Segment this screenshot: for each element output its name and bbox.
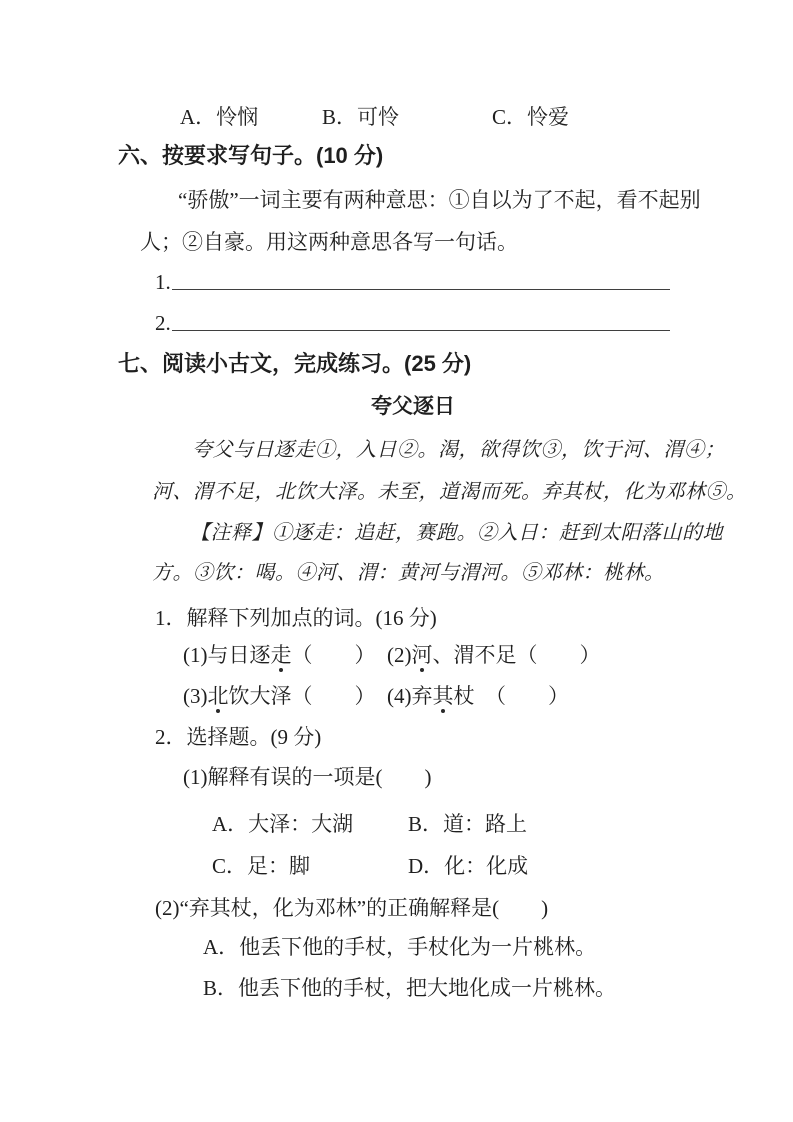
item-dotted-char: 河 <box>412 643 433 667</box>
answer-blank-1-line <box>172 273 670 290</box>
item-number: (3) <box>183 684 208 708</box>
q2-sub1-option-c: C．足：脚 <box>212 854 310 878</box>
item-dotted-char: 走 <box>271 643 292 667</box>
answer-blank-2-line <box>172 314 670 331</box>
item-text: 与日逐 <box>208 643 271 667</box>
answer-parentheses: （ ） <box>517 643 601 667</box>
q2-heading: 2．选择题。(9 分) <box>155 725 321 749</box>
option-c: C．怜爱 <box>492 105 569 129</box>
section6-prompt-line-2: 人；②自豪。用这两种意思各写一句话。 <box>140 230 518 254</box>
item-text: 饮大泽 <box>229 684 292 708</box>
option-b: B．可怜 <box>322 105 399 129</box>
q2-sub2-stem: (2)“弃其杖，化为邓林”的正确解释是( ) <box>155 896 548 920</box>
option-a: A．怜悯 <box>180 105 258 129</box>
q1-item-3: (3)北饮大泽（ ） <box>183 684 376 708</box>
answer-parentheses: （ ） <box>292 684 376 708</box>
q2-sub2-option-a: A．他丢下他的手杖，手杖化为一片桃林。 <box>203 935 596 959</box>
q1-item-2: (2)河、渭不足（ ） <box>387 643 601 667</box>
q2-sub1-stem: (1)解释有误的一项是( ) <box>183 765 431 789</box>
item-number: (4) <box>387 684 412 708</box>
q2-sub1-option-b: B．道：路上 <box>408 812 527 836</box>
section7-heading: 七、阅读小古文，完成练习。(25 分) <box>118 352 471 376</box>
item-number: (2) <box>387 643 412 667</box>
notes-line-1: 【注释】①逐走：追赶，赛跑。②入日：赶到太阳落山的地 <box>152 521 723 545</box>
answer-blank-1-number: 1. <box>155 270 171 294</box>
passage-line-2: 河、渭不足，北饮大泽。未至，道渴而死。弃其杖，化为邓林⑤。 <box>152 480 747 504</box>
section6-heading: 六、按要求写句子。(10 分) <box>118 144 383 168</box>
item-text: 、渭不足 <box>433 643 517 667</box>
item-number: (1) <box>183 643 208 667</box>
answer-parentheses: （ ） <box>475 684 570 708</box>
q2-sub1-option-a: A．大泽：大湖 <box>212 812 353 836</box>
answer-parentheses: （ ） <box>292 643 376 667</box>
q2-sub1-option-d: D．化：化成 <box>408 854 528 878</box>
q1-item-1: (1)与日逐走（ ） <box>183 643 376 667</box>
answer-blank-2-number: 2. <box>155 311 171 335</box>
item-text: 杖 <box>454 684 475 708</box>
q1-heading: 1．解释下列加点的词。(16 分) <box>155 606 437 630</box>
passage-line-1: 夸父与日逐走①，入日②。渴，欲得饮③，饮于河、渭④； <box>152 438 725 462</box>
item-text: 弃 <box>412 684 433 708</box>
passage-title: 夸父逐日 <box>140 395 686 419</box>
worksheet-page: A．怜悯 B．可怜 C．怜爱 六、按要求写句子。(10 分) “骄傲”一词主要有… <box>0 0 793 1122</box>
item-dotted-char: 北 <box>208 684 229 708</box>
section6-prompt-line-1: “骄傲”一词主要有两种意思：①自以为了不起，看不起别 <box>140 188 701 212</box>
q2-sub2-option-b: B．他丢下他的手杖，把大地化成一片桃林。 <box>203 976 616 1000</box>
notes-line-2: 方。③饮：喝。④河、渭：黄河与渭河。⑤邓林：桃林。 <box>152 561 665 585</box>
q1-item-4: (4)弃其杖 （ ） <box>387 684 569 708</box>
item-dotted-char: 其 <box>433 684 454 708</box>
